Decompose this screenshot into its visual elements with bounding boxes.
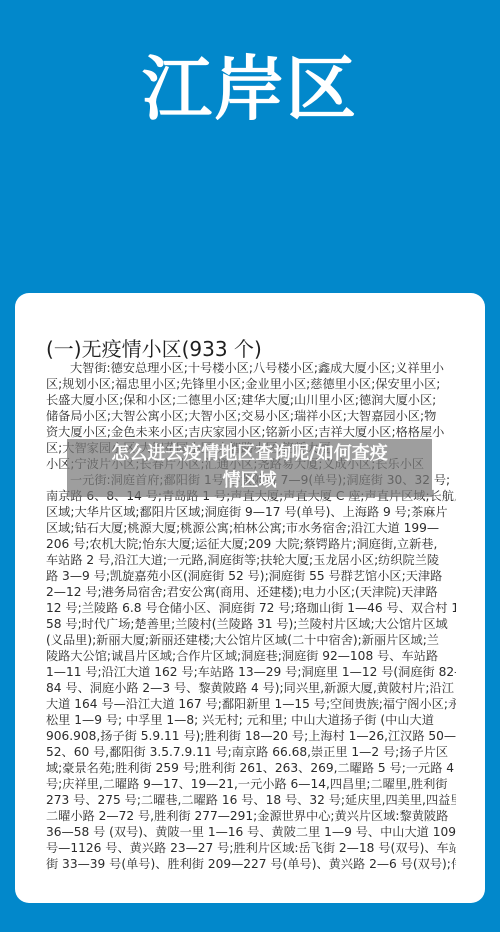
list-line: 区域;钻石大厦;桃源大厦;桃源公寓;柏林公寓;市水务宿舍;沿江大道 199— <box>46 520 456 536</box>
list-line: 52、60 号,鄱阳街 3.5.7.9.11 号;南京路 66.68,崇正里 1… <box>46 744 456 760</box>
list-line: 84 号、洞庭小路 2—3 号、黎黄陂路 4 号);同兴里,新源大厦,黄陂村片;… <box>46 680 456 696</box>
list-line: 12 号;兰陵路 6.8 号仓储小区、洞庭街 72 号;珞珈山街 1—46 号、… <box>46 600 456 616</box>
list-line: 资大厦小区;金色未来小区;吉庆家园小区;铭新小区;吉祥大厦小区;格格屋小 <box>46 424 456 440</box>
list-line: 陵路大公馆;诚昌片区域;合作片区域;洞庭巷;洞庭街 92—108 号、车站路 <box>46 648 456 664</box>
section-heading: (一)无疫情小区(933 个) <box>46 337 262 361</box>
list-line: 大道 164 号—沿江大道 167 号;鄱阳新里 1—15 号;空间贵族;福宁阁… <box>46 696 456 712</box>
list-line: 区;规划小区;福忠里小区;先锋里小区;金业里小区;慈德里小区;保安里小区; <box>46 376 456 392</box>
list-line: 车站路 2 号,沿江大道;一元路,洞庭街等;扶轮大厦;玉龙居小区;纺织院兰陵 <box>46 552 456 568</box>
list-line: 273 号、275 号;二曜巷,二曜路 16 号、18 号、32 号;延庆里,四… <box>46 792 456 808</box>
list-line: 2—12 号;港务局宿舍;君安公寓(商用、还建楼);电力小区;(天津院)天津路 <box>46 584 456 600</box>
list-line: 域;豪景名苑;胜利街 259 号;胜利街 261、263、269,二曜路 5 号… <box>46 760 456 776</box>
list-line: 906.908,扬子街 5.9.11 号);胜利街 18—20 号;上海村 1—… <box>46 728 456 744</box>
list-line: 206 号;农机大院;怡东大厦;运征大厦;209 大院;蔡锷路片;洞庭街,立新巷… <box>46 536 456 552</box>
list-line: 36—58 号 (双号)、黄陂一里 1—16 号、黄陂二里 1—9 号、中山大道… <box>46 824 456 840</box>
list-line: 街 33—39 号(单号)、胜利街 209—227 号(单号)、黄兴路 2—6 … <box>46 856 456 872</box>
caption-text: 怎么进去疫情地区查询呢/如何查疫 情区域 <box>67 439 432 494</box>
list-line: 号;庆祥里,二曜路 9—17、19—21,一元小路 6—14,四昌里;二曜里,胜… <box>46 776 456 792</box>
district-title: 江岸区 <box>0 46 500 132</box>
list-line: 长盛大厦小区;保和小区;二德里小区;建华大厦;山川里小区;德润大厦小区; <box>46 392 456 408</box>
list-line: 储备局小区;大智公寓小区;大智小区;交易小区;瑞祥小区;大智嘉园小区;物 <box>46 408 456 424</box>
list-line: 松里 1—9 号; 中孚里 1—8; 兴无村; 元和里; 中山大道扬子街 (中山… <box>46 712 456 728</box>
notice-card: (一)无疫情小区(933 个) 大智街:德安总理小区;十号楼小区;八号楼小区;鑫… <box>15 293 485 903</box>
list-line: (义品里);新丽大厦;新丽还建楼;大公馆片区域(二十中宿舍);新丽片区域;兰 <box>46 632 456 648</box>
list-line: 路 3—9 号;凯旋嘉苑小区(洞庭街 52 号);洞庭街 55 号群艺馆小区;天… <box>46 568 456 584</box>
caption-line-2: 情区域 <box>67 467 432 494</box>
list-line: 58 号;时代广场;楚善里;兰陵村(兰陵路 31 号);兰陵村片区域;大公馆片区… <box>46 616 456 632</box>
list-line: 大智街:德安总理小区;十号楼小区;八号楼小区;鑫成大厦小区;义祥里小 <box>46 360 456 376</box>
list-line: 1—11 号;沿江大道 162 号;车站路 13—29 号;洞庭里 1—12 号… <box>46 664 456 680</box>
list-line: 区域;大华片区域;鄱阳片区域;洞庭街 9—17 号(单号)、上海路 9 号;茶麻… <box>46 504 456 520</box>
caption-line-1: 怎么进去疫情地区查询呢/如何查疫 <box>67 440 432 467</box>
community-list: 大智街:德安总理小区;十号楼小区;八号楼小区;鑫成大厦小区;义祥里小 区;规划小… <box>46 360 456 872</box>
list-line: 二曜小路 2—72 号,胜利街 277—291;金源世界中心;黄兴片区域:黎黄陂… <box>46 808 456 824</box>
list-line: 号—1126 号、黄兴路 23—27 号;胜利片区域:岳飞街 2—18 号(双号… <box>46 840 456 856</box>
